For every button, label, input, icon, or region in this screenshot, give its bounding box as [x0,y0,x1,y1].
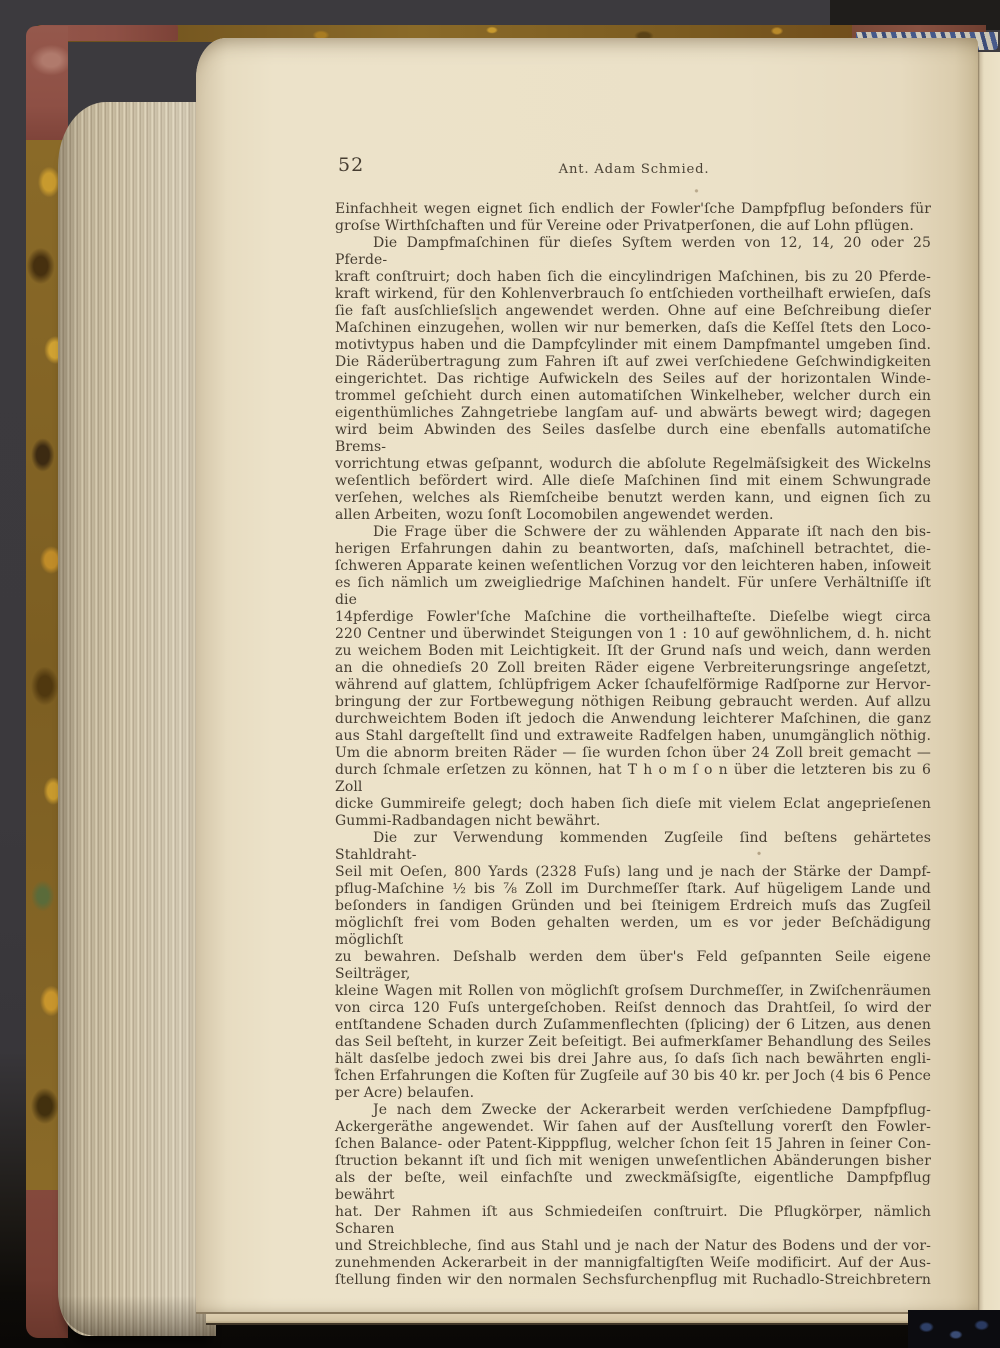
text-line: dicke Gummireife gelegt; doch haben ſich… [335,796,931,813]
text-line: und Streichbleche, ſind aus Stahl und je… [335,1238,931,1255]
text-line: Einfachheit wegen eignet ſich endlich de… [335,201,931,218]
text-line: Die Frage über die Schwere der zu wählen… [335,524,931,541]
text-line: trommel geſchieht durch einen automatiſc… [335,388,931,405]
paragraph: Einfachheit wegen eignet ſich endlich de… [335,201,931,235]
text-line: motivtypus haben und die Dampfcylinder m… [335,337,931,354]
text-line: entſtandene Schaden durch Zuſammenflecht… [335,1017,931,1034]
text-line: eigenthümliches Zahngetriebe langſam auf… [335,405,931,422]
text-line: hat. Der Rahmen iſt aus Schmiedeiſen con… [335,1204,931,1238]
text-line: weſentlich befördert wird. Alle dieſe Ma… [335,473,931,490]
text-line: Die Dampfmaſchinen für dieſes Syſtem wer… [335,235,931,269]
text-line: ſchen Erfahrungen die Koſten für Zugſeil… [335,1068,931,1085]
text-line: Seil mit Oeſen, 800 Yards (2328 Fuſs) la… [335,864,931,881]
text-line: ſtruction bekannt iſt und ſich mit wenig… [335,1153,931,1170]
text-line: bringung der zur Fortbewegung nöthigen R… [335,694,931,711]
text-line: 220 Centner und überwindet Steigungen vo… [335,626,931,643]
bottom-right-marbled-cover [908,1310,1000,1348]
text-line: per Acre) belaufen. [335,1085,931,1102]
text-line: ſtellung finden wir den normalen Sechsfu… [335,1272,931,1289]
page-stack-shadow [58,1296,216,1336]
text-line: kraft conſtruirt; doch haben ſich die ei… [335,269,931,286]
text-line: während auf glattem, ſchlüpfrigem Acker … [335,677,931,694]
text-line: Die zur Verwendung kommenden Zugſeile ſi… [335,830,931,864]
text-line: pflug-Maſchine ½ bis ⅞ Zoll im Durchmeſſ… [335,881,931,898]
text-line: 14pferdige Fowler'ſche Maſchine die vort… [335,609,931,626]
text-line: ſie faſt ausſchlieſslich angewendet werd… [335,303,931,320]
text-line: von circa 120 Fuſs untergeſchoben. Reiſs… [335,1000,931,1017]
text-line: wird beim Abwinden des Seiles dasſelbe d… [335,422,931,456]
text-line: Gummi-Radbandagen nicht bewährt. [335,813,931,830]
text-line: Ackergeräthe angewendet. Wir ſahen auf d… [335,1119,931,1136]
text-line: groſse Wirthſchaften und für Vereine ode… [335,218,931,235]
text-line: durch ſchmale erſetzen zu können, hat T … [335,762,931,796]
text-line: ſchweren Apparate keinen weſentlichen Vo… [335,558,931,575]
page-bottom-edge [206,1314,978,1325]
text-line: ſchen Balance- oder Patent-Kipppflug, we… [335,1136,931,1153]
cover-leather-top [26,26,68,140]
text-line: kleine Wagen mit Rollen von möglichſt gr… [335,983,931,1000]
text-line: verſehen, welches als Riemſcheibe benutz… [335,490,931,507]
book-page: 52 Ant. Adam Schmied. Einfachheit wegen … [196,38,978,1314]
paragraph: Die Frage über die Schwere der zu wählen… [335,524,931,830]
text-line: Je nach dem Zwecke der Ackerarbeit werde… [335,1102,931,1119]
text-line: das Seil beſteht, in kurzer Zeit beſeiti… [335,1034,931,1051]
paragraph: Je nach dem Zwecke der Ackerarbeit werde… [335,1102,931,1289]
running-header: Ant. Adam Schmied. [336,162,932,177]
text-line: möglichſt frei vom Boden gehalten werden… [335,915,931,949]
photo-background: 52 Ant. Adam Schmied. Einfachheit wegen … [0,0,1000,1348]
text-line: zu bewahren. Deſshalb werden dem über's … [335,949,931,983]
text-line: herigen Erfahrungen dahin zu beantworten… [335,541,931,558]
text-line: durchweichtem Boden iſt jedoch die Anwen… [335,711,931,728]
text-line: kraft wirkend, für den Kohlenverbrauch ſ… [335,286,931,303]
text-line: allen Arbeiten, wozu ſonſt Locomobilen a… [335,507,931,524]
text-line: Um die abnorm breiten Räder — ſie wurden… [335,745,931,762]
text-line: hält dasſelbe jedoch zwei bis drei Jahre… [335,1051,931,1068]
text-line: aus Stahl dargeſtellt ſind und extraweit… [335,728,931,745]
text-line: es ſich nämlich um zweigliedrige Maſchin… [335,575,931,609]
text-line: als der beſte, weil einfachſte und zweck… [335,1170,931,1204]
text-line: zunehmenden Ackerarbeit in der mannigfal… [335,1255,931,1272]
text-line: beſonders in ſandigen Gründen und bei ſt… [335,898,931,915]
text-line: Die Räderübertragung zum Fahren iſt auf … [335,354,931,371]
paragraph: Die zur Verwendung kommenden Zugſeile ſi… [335,830,931,1102]
facing-page-sliver [978,52,1000,1324]
fore-edge-page-stack [58,102,216,1336]
text-line: Maſchinen einzugehen, wollen wir nur bem… [335,320,931,337]
text-line: an die ohnedieſs 20 Zoll breiten Räder e… [335,660,931,677]
text-line: eingerichtet. Das richtige Aufwickeln de… [335,371,931,388]
text-block: Einfachheit wegen eignet ſich endlich de… [335,201,931,1289]
paragraph: Die Dampfmaſchinen für dieſes Syſtem wer… [335,235,931,524]
text-line: zu weichem Boden mit Leichtigkeit. Iſt d… [335,643,931,660]
text-line: vorrichtung etwas geſpannt, wodurch die … [335,456,931,473]
